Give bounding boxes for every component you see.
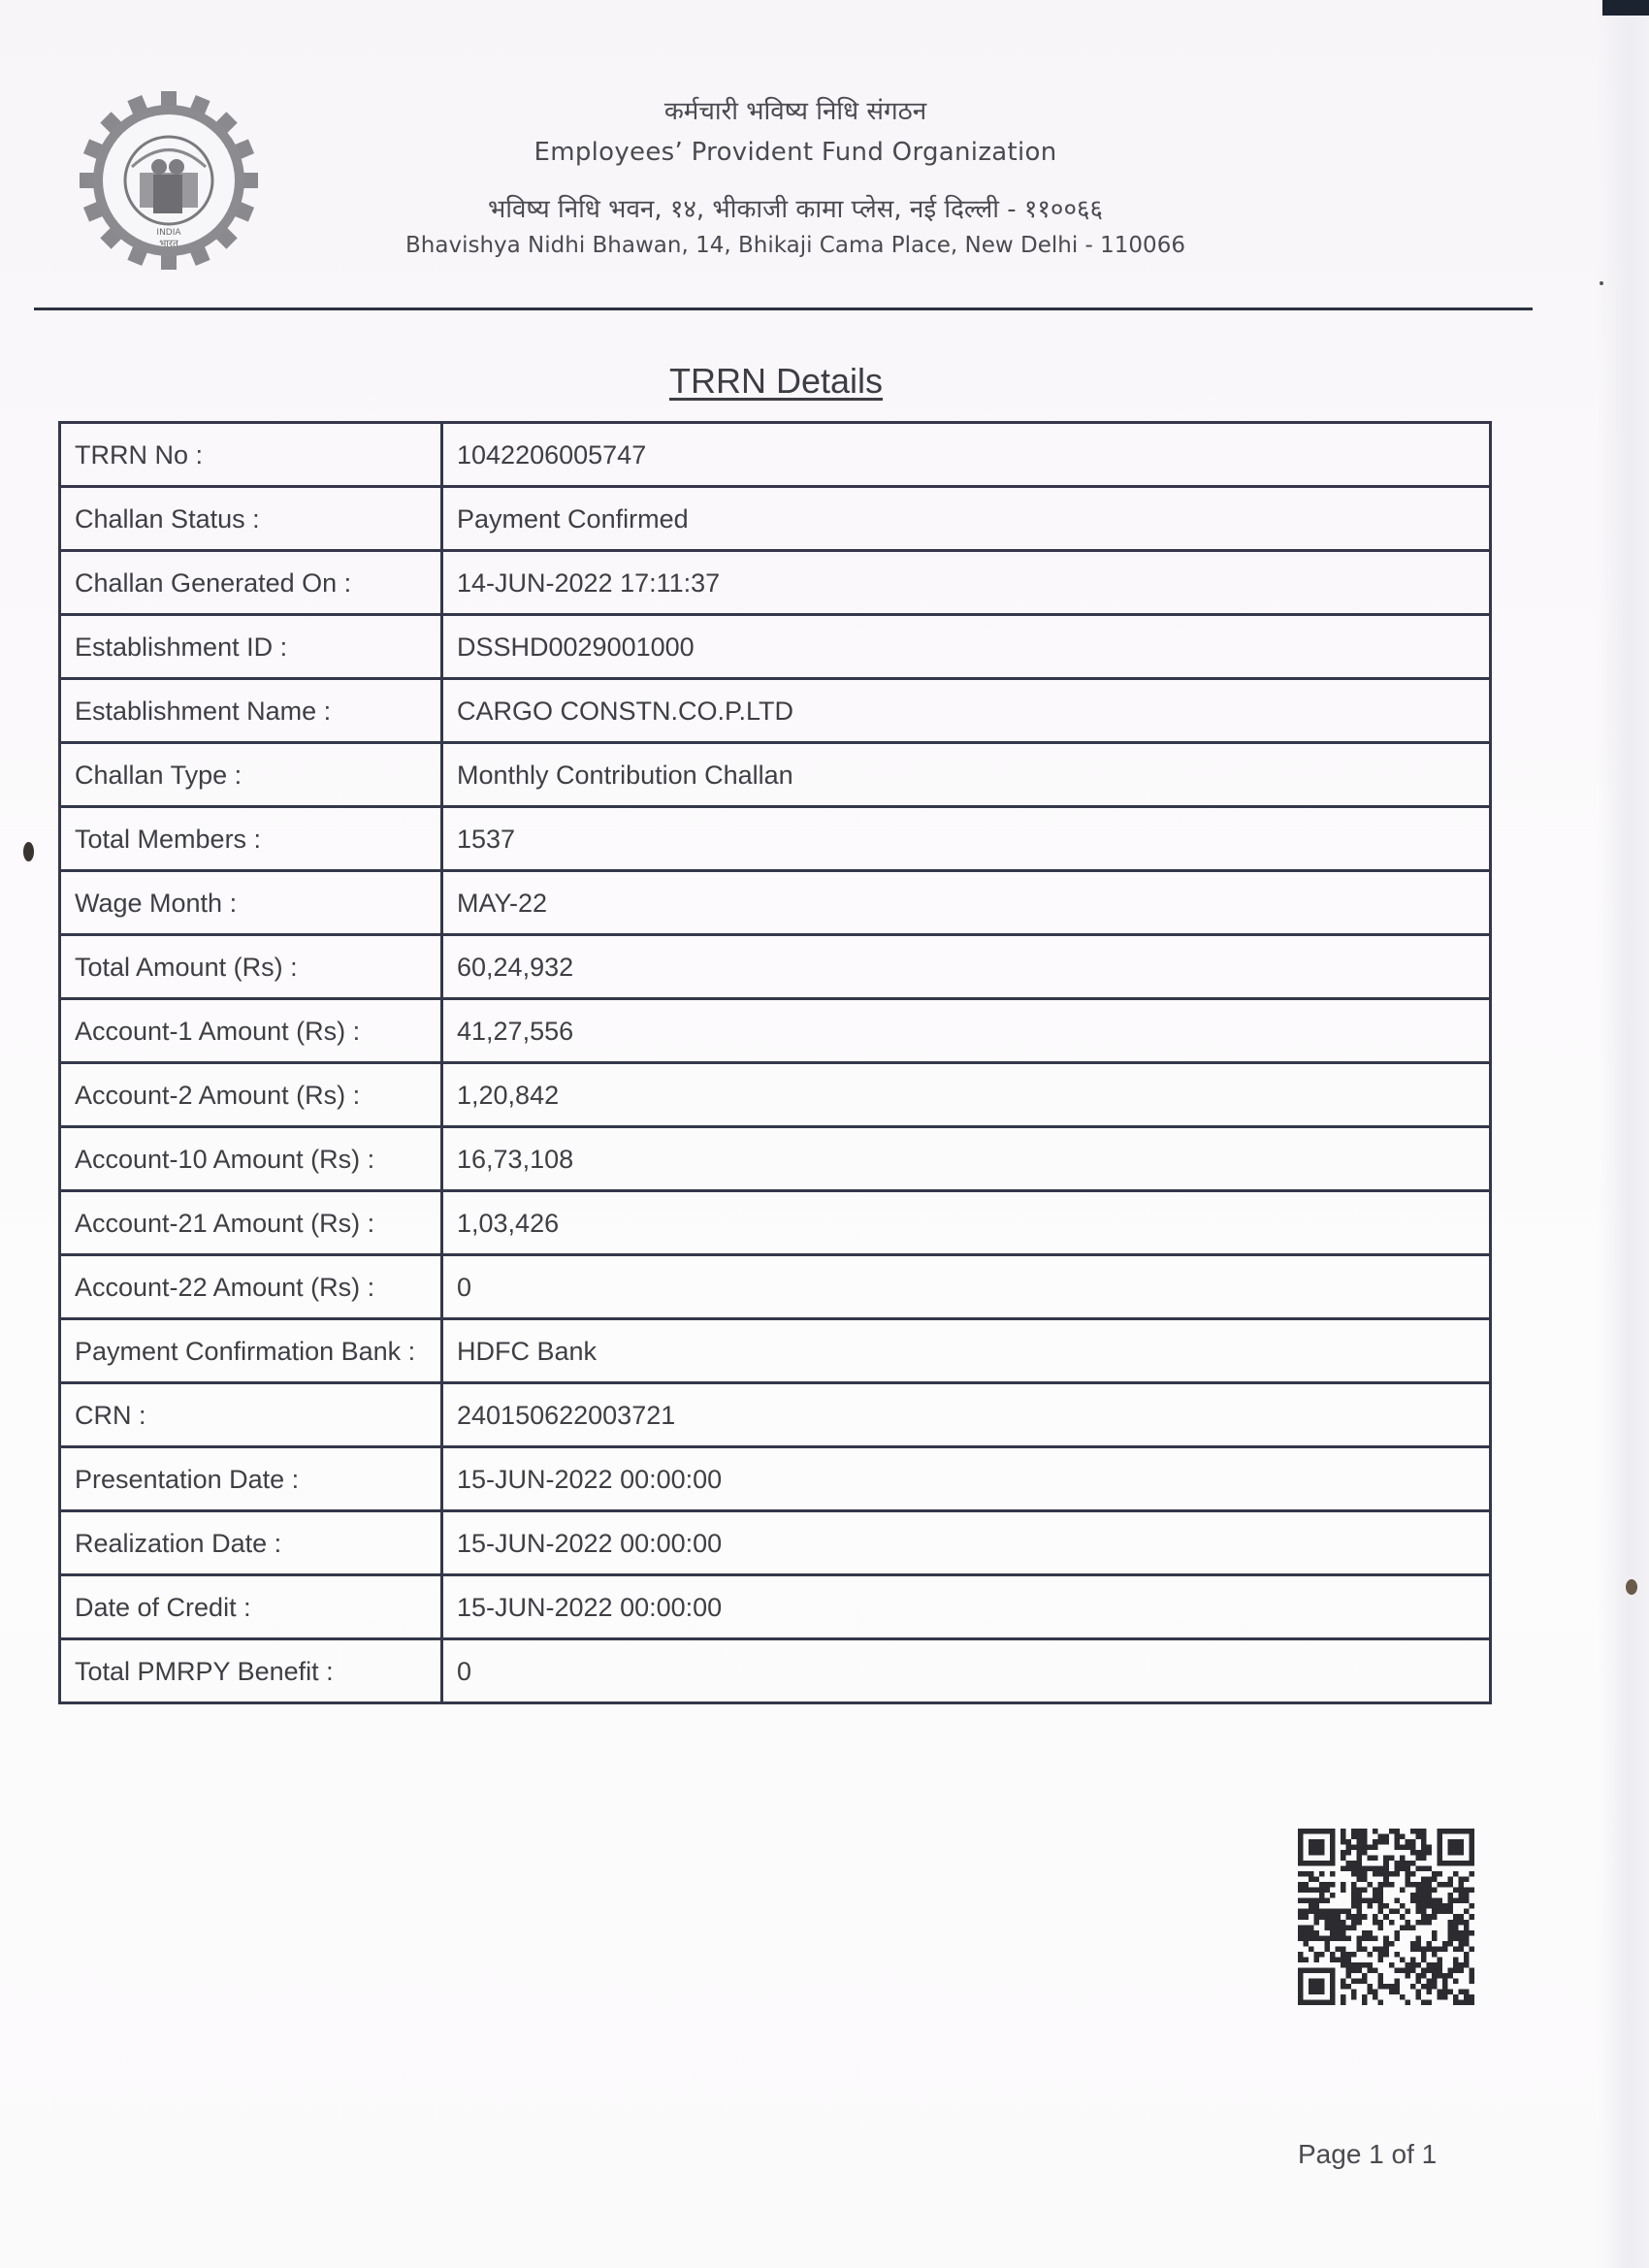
field-value: Payment Confirmed bbox=[442, 487, 1491, 551]
field-label: Account-21 Amount (Rs) : bbox=[60, 1191, 442, 1255]
field-label: Presentation Date : bbox=[60, 1447, 442, 1511]
field-value: 1042206005747 bbox=[442, 423, 1491, 487]
scan-edge-shadow bbox=[1597, 0, 1649, 2268]
scan-speck bbox=[23, 842, 34, 861]
field-label: Total Amount (Rs) : bbox=[60, 935, 442, 999]
field-value: 15-JUN-2022 00:00:00 bbox=[442, 1511, 1491, 1575]
field-label: Account-22 Amount (Rs) : bbox=[60, 1255, 442, 1319]
table-row: CRN :240150622003721 bbox=[60, 1383, 1491, 1447]
field-label: Establishment ID : bbox=[60, 615, 442, 679]
field-value: 41,27,556 bbox=[442, 999, 1491, 1063]
field-value: 1,03,426 bbox=[442, 1191, 1491, 1255]
field-label: Total Members : bbox=[60, 807, 442, 871]
field-label: Date of Credit : bbox=[60, 1575, 442, 1639]
field-value: 240150622003721 bbox=[442, 1383, 1491, 1447]
field-label: TRRN No : bbox=[60, 423, 442, 487]
org-address: Bhavishya Nidhi Bhawan, 14, Bhikaji Cama… bbox=[369, 233, 1222, 258]
page-number: Page 1 of 1 bbox=[1298, 2139, 1437, 2170]
page-title: TRRN Details bbox=[0, 361, 1552, 402]
field-label: Account-1 Amount (Rs) : bbox=[60, 999, 442, 1063]
table-row: Challan Type :Monthly Contribution Chall… bbox=[60, 743, 1491, 807]
field-value: 0 bbox=[442, 1255, 1491, 1319]
field-value: 15-JUN-2022 00:00:00 bbox=[442, 1575, 1491, 1639]
table-row: Account-21 Amount (Rs) :1,03,426 bbox=[60, 1191, 1491, 1255]
epfo-emblem-icon: INDIA भारत bbox=[78, 89, 260, 272]
qr-code-icon bbox=[1298, 1829, 1474, 2005]
field-value: 1,20,842 bbox=[442, 1063, 1491, 1127]
svg-text:भारत: भारत bbox=[159, 239, 178, 249]
field-label: Account-2 Amount (Rs) : bbox=[60, 1063, 442, 1127]
table-row: Wage Month :MAY-22 bbox=[60, 871, 1491, 935]
table-row: Total Members :1537 bbox=[60, 807, 1491, 871]
field-label: Realization Date : bbox=[60, 1511, 442, 1575]
scan-speck bbox=[1600, 281, 1603, 285]
field-label: CRN : bbox=[60, 1383, 442, 1447]
field-value: 1537 bbox=[442, 807, 1491, 871]
org-address-hindi: भविष्य निधि भवन, १४, भीकाजी कामा प्लेस, … bbox=[369, 190, 1222, 225]
field-label: Account-10 Amount (Rs) : bbox=[60, 1127, 442, 1191]
org-name-hindi: कर्मचारी भविष्य निधि संगठन bbox=[369, 92, 1222, 127]
field-value: 15-JUN-2022 00:00:00 bbox=[442, 1447, 1491, 1511]
field-label: Total PMRPY Benefit : bbox=[60, 1639, 442, 1703]
field-label: Establishment Name : bbox=[60, 679, 442, 743]
table-row: Realization Date :15-JUN-2022 00:00:00 bbox=[60, 1511, 1491, 1575]
field-value: 60,24,932 bbox=[442, 935, 1491, 999]
trrn-details-table: TRRN No :1042206005747Challan Status :Pa… bbox=[58, 421, 1492, 1704]
table-row: Account-10 Amount (Rs) :16,73,108 bbox=[60, 1127, 1491, 1191]
field-label: Wage Month : bbox=[60, 871, 442, 935]
table-row: Total PMRPY Benefit :0 bbox=[60, 1639, 1491, 1703]
table-row: Total Amount (Rs) :60,24,932 bbox=[60, 935, 1491, 999]
field-label: Payment Confirmation Bank : bbox=[60, 1319, 442, 1383]
svg-text:INDIA: INDIA bbox=[156, 228, 181, 238]
header-divider bbox=[34, 308, 1533, 310]
field-value: DSSHD0029001000 bbox=[442, 615, 1491, 679]
table-row: Account-22 Amount (Rs) :0 bbox=[60, 1255, 1491, 1319]
scan-corner-artifact bbox=[1602, 0, 1649, 16]
table-row: Account-1 Amount (Rs) :41,27,556 bbox=[60, 999, 1491, 1063]
field-value: 0 bbox=[442, 1639, 1491, 1703]
table-row: Establishment Name :CARGO CONSTN.CO.P.LT… bbox=[60, 679, 1491, 743]
field-value: 14-JUN-2022 17:11:37 bbox=[442, 551, 1491, 615]
field-label: Challan Status : bbox=[60, 487, 442, 551]
table-row: Date of Credit :15-JUN-2022 00:00:00 bbox=[60, 1575, 1491, 1639]
field-label: Challan Generated On : bbox=[60, 551, 442, 615]
table-row: TRRN No :1042206005747 bbox=[60, 423, 1491, 487]
field-value: CARGO CONSTN.CO.P.LTD bbox=[442, 679, 1491, 743]
table-row: Establishment ID :DSSHD0029001000 bbox=[60, 615, 1491, 679]
table-row: Presentation Date :15-JUN-2022 00:00:00 bbox=[60, 1447, 1491, 1511]
field-value: MAY-22 bbox=[442, 871, 1491, 935]
table-row: Challan Status :Payment Confirmed bbox=[60, 487, 1491, 551]
field-value: 16,73,108 bbox=[442, 1127, 1491, 1191]
field-value: HDFC Bank bbox=[442, 1319, 1491, 1383]
table-row: Challan Generated On :14-JUN-2022 17:11:… bbox=[60, 551, 1491, 615]
field-value: Monthly Contribution Challan bbox=[442, 743, 1491, 807]
field-label: Challan Type : bbox=[60, 743, 442, 807]
org-name: Employees’ Provident Fund Organization bbox=[369, 138, 1222, 167]
table-row: Payment Confirmation Bank :HDFC Bank bbox=[60, 1319, 1491, 1383]
table-row: Account-2 Amount (Rs) :1,20,842 bbox=[60, 1063, 1491, 1127]
scan-speck bbox=[1626, 1579, 1637, 1595]
